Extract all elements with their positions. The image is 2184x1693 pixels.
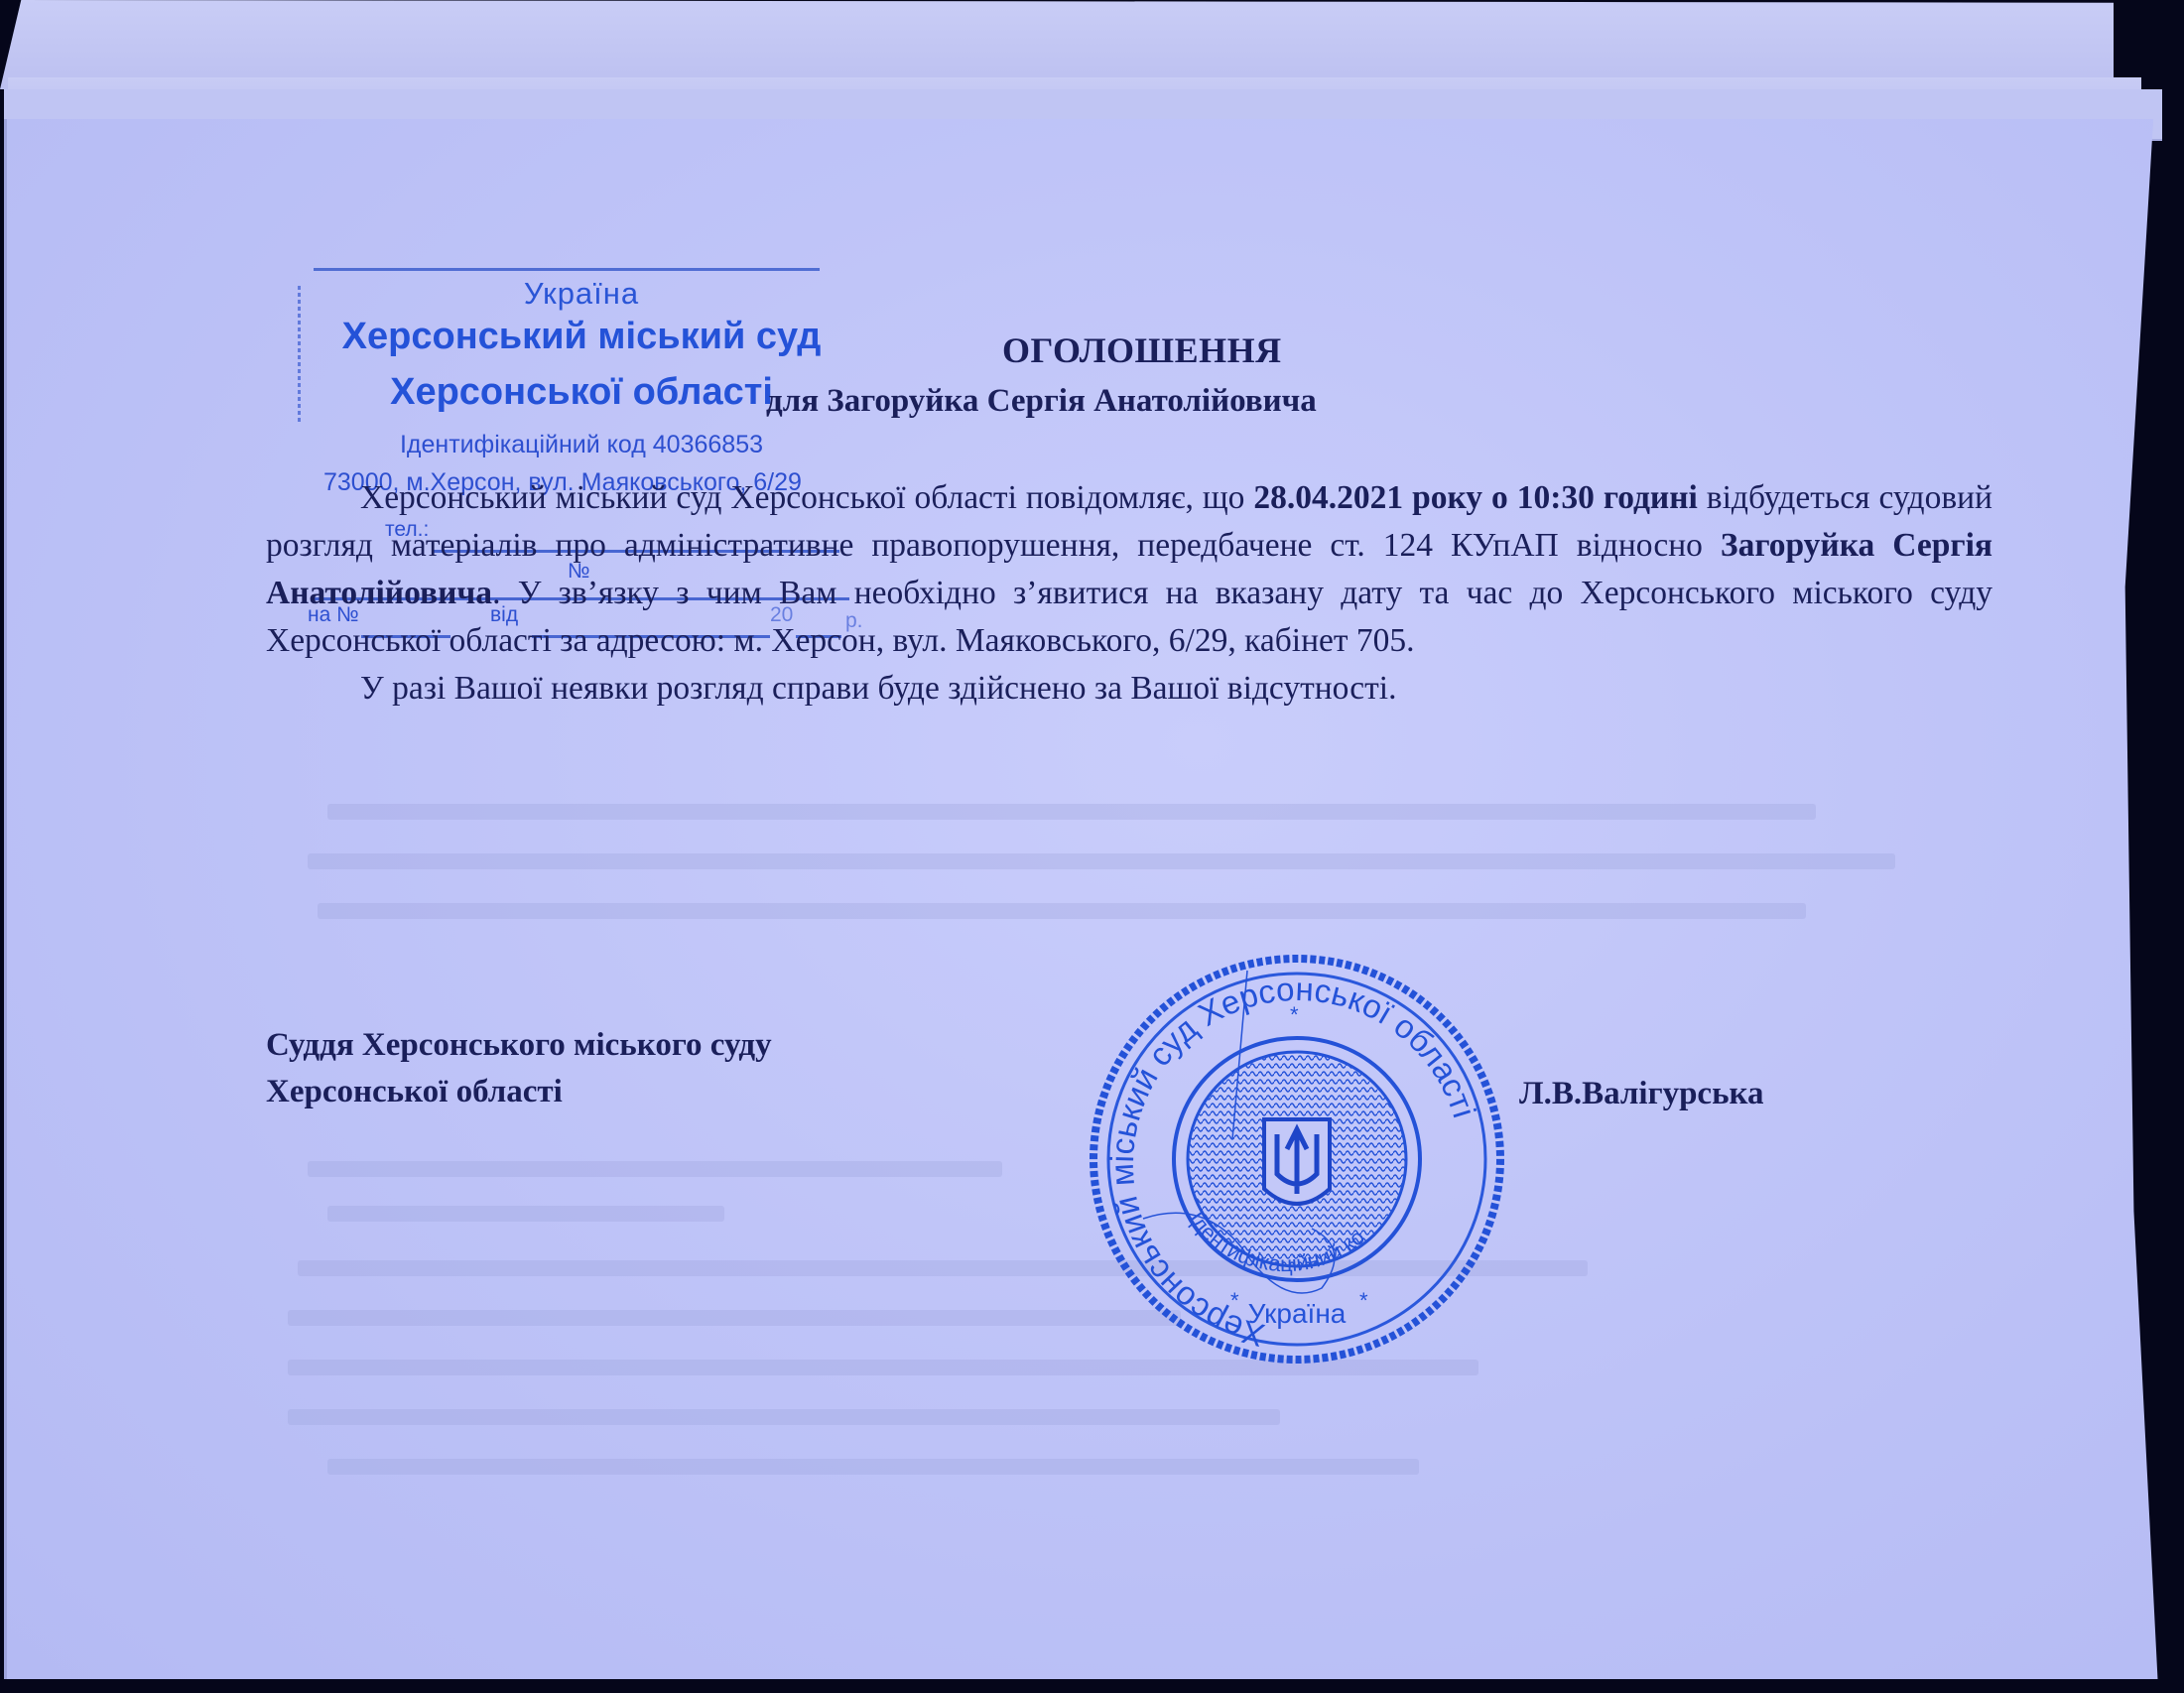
body-text: . У зв’язку з чим Вам необхідно з’явитис… [266,575,1992,659]
show-through-text [318,903,1806,919]
body-text: Херсонський міський суд Херсонської обла… [360,479,1253,516]
stamp-id-code: Ідентифікаційний код 40366853 [294,431,869,459]
star-icon: * [1359,1288,1368,1313]
notice-paragraph-main: Херсонський міський суд Херсонської обла… [266,474,1992,665]
show-through-text [308,1161,1002,1177]
back-sheet [0,0,2114,89]
notice-body: Херсонський міський суд Херсонської обла… [266,474,1992,713]
hearing-datetime: 28.04.2021 року о 10:30 годині [1253,479,1697,516]
stamp-border [314,268,820,271]
show-through-text [327,1206,724,1222]
notice-paragraph-absence: У разі Вашої неявки розгляд справи буде … [266,665,1992,713]
trident-icon [1264,1119,1330,1204]
stamp-court-name: Херсонський міський суд [294,316,869,358]
judge-position: Суддя Херсонського міського суду Херсонс… [266,1022,772,1115]
stamp-country: Україна [294,276,869,312]
star-icon: * [1230,1288,1239,1313]
judge-name: Л.В.Валігурська [1519,1076,1764,1112]
show-through-text [288,1409,1280,1425]
seal-bottom-text: Україна [1248,1298,1347,1329]
star-icon: * [1290,1002,1299,1027]
show-through-text [288,1310,1181,1326]
show-through-text [327,1459,1419,1475]
notice-title: ОГОЛОШЕННЯ [1002,329,1282,371]
show-through-text [327,804,1816,820]
judge-position-line1: Суддя Херсонського міського суду [266,1022,772,1069]
notice-recipient: для Загоруйка Сергія Анатолійовича [766,383,1317,420]
court-seal: Херсонський міський суд Херсонської обла… [1084,951,1510,1367]
judge-position-line2: Херсонської області [266,1069,772,1115]
show-through-text [308,853,1895,869]
